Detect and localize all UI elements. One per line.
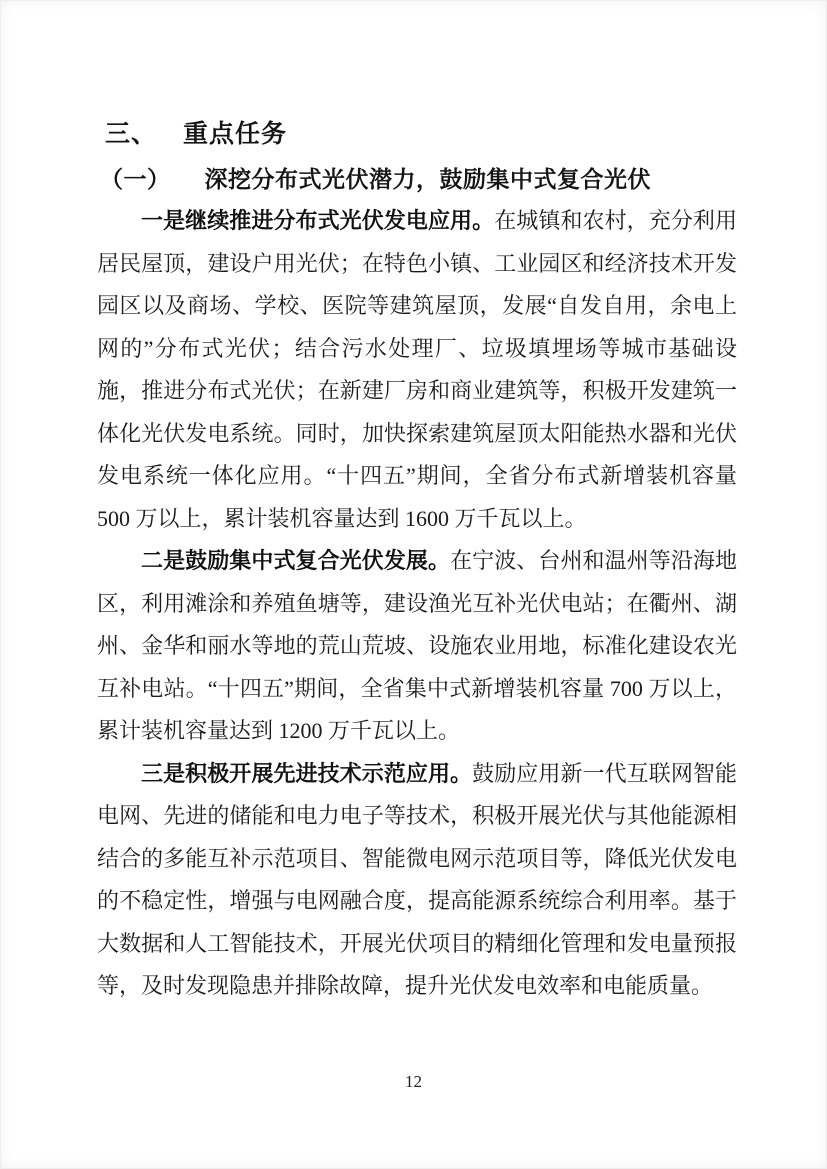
- paragraph-3: 三是积极开展先进技术示范应用。鼓励应用新一代互联网智能电网、先进的储能和电力电子…: [97, 753, 737, 1008]
- subsection-heading-title: 深挖分布式光伏潜力，鼓励集中式复合光伏: [205, 167, 652, 192]
- document-body: 一是继续推进分布式光伏发电应用。在城镇和农村，充分利用居民屋顶，建设户用光伏；在…: [97, 200, 737, 1008]
- paragraph-2-body: 在宁波、台州和温州等沿海地区，利用滩涂和养殖鱼塘等，建设渔光互补光伏电站；在衢州…: [97, 548, 737, 743]
- paragraph-2: 二是鼓励集中式复合光伏发展。在宁波、台州和温州等沿海地区，利用滩涂和养殖鱼塘等，…: [97, 540, 737, 753]
- page-footer: 12: [0, 1072, 827, 1092]
- page-number: 12: [405, 1072, 422, 1091]
- section-heading-title: 重点任务: [183, 120, 287, 148]
- section-heading: 三、重点任务: [97, 120, 737, 149]
- paragraph-3-body: 鼓励应用新一代互联网智能电网、先进的储能和电力电子等技术，积极开展光伏与其他能源…: [97, 761, 737, 999]
- paragraph-3-lead: 三是积极开展先进技术示范应用。: [141, 761, 472, 786]
- paragraph-1-body: 在城镇和农村，充分利用居民屋顶，建设户用光伏；在特色小镇、工业园区和经济技术开发…: [97, 208, 737, 531]
- subsection-heading-number: （一）: [100, 167, 171, 192]
- paragraph-1: 一是继续推进分布式光伏发电应用。在城镇和农村，充分利用居民屋顶，建设户用光伏；在…: [97, 200, 737, 540]
- paragraph-1-lead: 一是继续推进分布式光伏发电应用。: [141, 208, 494, 233]
- section-heading-number: 三、: [105, 120, 157, 148]
- paragraph-2-lead: 二是鼓励集中式复合光伏发展。: [141, 548, 450, 573]
- document-page: 三、重点任务 （一）深挖分布式光伏潜力，鼓励集中式复合光伏 一是继续推进分布式光…: [0, 0, 827, 1169]
- subsection-heading: （一）深挖分布式光伏潜力，鼓励集中式复合光伏: [97, 166, 737, 194]
